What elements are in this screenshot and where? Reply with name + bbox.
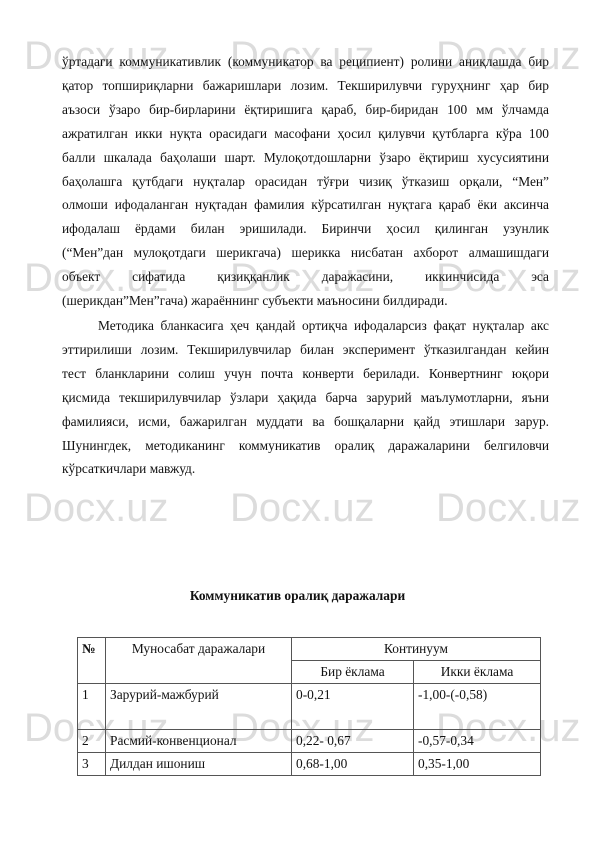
text-line: эттирилиши лозим. Текширилувчилар билан … <box>62 338 549 362</box>
text-line: баҳолашга қутбдаги нуқталар орасидан тўғ… <box>62 170 549 194</box>
table-row: 1 Зарурий-мажбурий 0-0,21 -1,00-(-0,58) <box>78 684 541 730</box>
watermark-text: Docx.uz <box>24 488 169 528</box>
cell-number: 2 <box>78 730 106 753</box>
text-line: (шерикдан”Мен”гача) жараённинг субъекти … <box>62 289 549 313</box>
document-page: Docx.uz Docx.uz Docx.uz Docx.uz Docx.uz … <box>0 0 595 842</box>
cell-number: 3 <box>78 753 106 776</box>
header-continuum: Континуум <box>292 638 541 661</box>
text-line: (“Мен”дан мулоқотдаги шерикгача) шерикка… <box>62 241 549 265</box>
table-row: 2 Расмий-конвенционал 0,22- 0,67 -0,57-0… <box>78 730 541 753</box>
text-line: олмоши ифодаланган нуқтадан фамилия кўрс… <box>62 193 549 217</box>
text-line: балли шкалада баҳолаши шарт. Мулоқотдошл… <box>62 146 549 170</box>
paragraph-1: ўртадаги коммуникативлик (коммуникатор в… <box>62 50 549 313</box>
cell-one-way: 0,68-1,00 <box>292 753 414 776</box>
cell-relation: Зарурий-мажбурий <box>106 684 292 730</box>
cell-relation: Дилдан ишониш <box>106 753 292 776</box>
header-number: № <box>78 638 106 684</box>
table-row: 3 Дилдан ишониш 0,68-1,00 0,35-1,00 <box>78 753 541 776</box>
cell-two-way: -0,57-0,34 <box>414 730 541 753</box>
text-line: кўрсаткичлари мавжуд. <box>62 457 549 481</box>
text-line: аъзоси ўзаро бир-бирларини ёқтиришига қа… <box>62 98 549 122</box>
header-relation: Муносабат даражалари <box>106 638 292 684</box>
cell-one-way: 0-0,21 <box>292 684 414 730</box>
text-line: ажратилган икки нуқта орасидаги масофани… <box>62 122 549 146</box>
text-line: ифодалаш ёрдами билан эришилади. Биринчи… <box>62 217 549 241</box>
watermark-text: Docx.uz <box>436 488 581 528</box>
text-line: Шунингдек, методиканинг коммуникатив ора… <box>62 434 549 458</box>
text-line: тест бланкларини солиш учун почта конвер… <box>62 362 549 386</box>
header-two-way: Икки ёклама <box>414 661 541 684</box>
paragraph-2: Методика бланкасига ҳеч қандай ортиқча и… <box>62 314 549 481</box>
cell-two-way: -1,00-(-0,58) <box>414 684 541 730</box>
text-line: қисмида текширилувчилар ўзлари ҳақида ба… <box>62 386 549 410</box>
header-one-way: Бир ёклама <box>292 661 414 684</box>
watermark-row: Docx.uz Docx.uz Docx.uz <box>0 488 595 528</box>
cell-number: 1 <box>78 684 106 730</box>
text-line: ўртадаги коммуникативлик (коммуникатор в… <box>62 50 549 74</box>
text-line: қатор топшириқларни бажаришлари лозим. Т… <box>62 74 549 98</box>
text-line: Методика бланкасига ҳеч қандай ортиқча и… <box>62 314 549 338</box>
text-line: фамилияси, исми, бажарилган муддати ва б… <box>62 410 549 434</box>
cell-two-way: 0,35-1,00 <box>414 753 541 776</box>
cell-one-way: 0,22- 0,67 <box>292 730 414 753</box>
watermark-text: Docx.uz <box>230 488 375 528</box>
cell-relation: Расмий-конвенционал <box>106 730 292 753</box>
text-line: объект сифатида қизиққанлик даражасини, … <box>62 265 549 289</box>
communicative-levels-table: № Муносабат даражалари Континуум Бир ёкл… <box>77 637 541 776</box>
table-title: Коммуникатив оралиқ даражалари <box>0 588 595 604</box>
